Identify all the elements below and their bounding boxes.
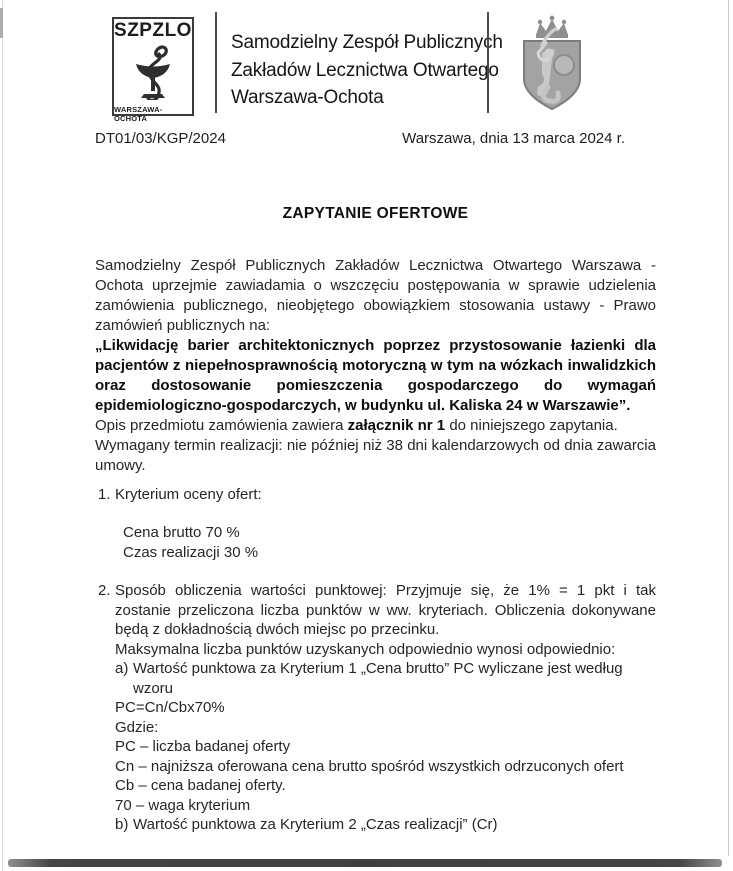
intro-paragraph: Samodzielny Zespół Publicznych Zakładów … <box>95 256 656 336</box>
header-divider-right <box>487 12 489 113</box>
criterion-czas: Czas realizacji 30 % <box>123 543 656 563</box>
criterion-cena: Cena brutto 70 % <box>123 523 656 543</box>
list-item-2: 2. Sposób obliczenia wartości punktowej:… <box>95 581 656 835</box>
document-body: Samodzielny Zespół Publicznych Zakładów … <box>95 256 656 835</box>
org-line-1: Samodzielny Zespół Publicznych <box>231 29 503 57</box>
reference-number: DT01/03/KGP/2024 <box>95 130 226 147</box>
subject-paragraph: „Likwidację barier architektonicznych po… <box>95 336 656 416</box>
definition-line-pc: PC – liczba badanej oferty <box>115 737 656 757</box>
definition-line-cb: Cb – cena badanej oferty. <box>115 776 656 796</box>
org-line-2: Zakładów Lecznictwa Otwartego <box>231 57 503 85</box>
hygieia-bowl-icon <box>130 42 176 105</box>
deadline-note: Wymagany termin realizacji: nie później … <box>95 436 656 476</box>
document-title: ZAPYTANIE OFERTOWE <box>95 205 656 223</box>
max-points-line: Maksymalna liczba punktów uzyskanych odp… <box>115 640 656 660</box>
dateline: Warszawa, dnia 13 marca 2024 r. <box>402 130 625 147</box>
scoring-paragraph: Sposób obliczenia wartości punktowej: Pr… <box>115 581 656 640</box>
sub-item-b-text: Wartość punktowa za Kryterium 2 „Czas re… <box>133 816 498 833</box>
criteria-block: Cena brutto 70 % Czas realizacji 30 % <box>95 523 656 563</box>
logo-caption: WARSZAWA-OCHOTA <box>114 105 192 123</box>
organization-name: Samodzielny Zespół Publicznych Zakładów … <box>231 29 503 112</box>
list-item-2-number: 2. <box>98 581 111 601</box>
list-item-1-number: 1. <box>98 485 111 505</box>
sub-item-b: b) Wartość punktowa za Kryterium 2 „Czas… <box>115 815 656 835</box>
scan-corner-mark <box>0 8 3 38</box>
definition-line-cn: Cn – najniższa oferowana cena brutto spo… <box>115 757 656 777</box>
warsaw-crest-icon <box>512 13 592 118</box>
attachment-note: Opis przedmiotu zamówienia zawiera załąc… <box>95 416 656 436</box>
org-line-3: Warszawa-Ochota <box>231 84 503 112</box>
sub-item-a-text: Wartość punktowa za Kryterium 1 „Cena br… <box>133 660 623 697</box>
szpzlo-logo: SZPZLO WARSZAWA-OCHOTA <box>112 17 194 116</box>
attachment-label: załącznik nr 1 <box>348 417 446 434</box>
scan-edge-right <box>728 0 729 856</box>
list-item-1: 1. Kryterium oceny ofert: <box>95 485 656 505</box>
formula-line: PC=Cn/Cbx70% <box>115 698 656 718</box>
attachment-note-pre: Opis przedmiotu zamówienia zawiera <box>95 417 348 434</box>
definition-line-70: 70 – waga kryterium <box>115 796 656 816</box>
scan-edge-left <box>2 0 3 871</box>
sub-item-b-marker: b) <box>115 815 128 835</box>
gdzie-label: Gdzie: <box>115 718 656 738</box>
sub-item-a-marker: a) <box>115 659 128 679</box>
list-item-1-text: Kryterium oceny ofert: <box>115 486 262 503</box>
header-divider-left <box>215 12 217 113</box>
sub-item-a: a) Wartość punktowa za Kryterium 1 „Cena… <box>115 659 656 698</box>
scanned-document-page: SZPZLO WARSZAWA-OCHOTA Samodzielny Zespó… <box>0 0 733 871</box>
scan-bottom-bar <box>8 859 722 867</box>
logo-acronym: SZPZLO <box>114 20 192 42</box>
attachment-note-post: do niniejszego zapytania. <box>445 417 618 434</box>
